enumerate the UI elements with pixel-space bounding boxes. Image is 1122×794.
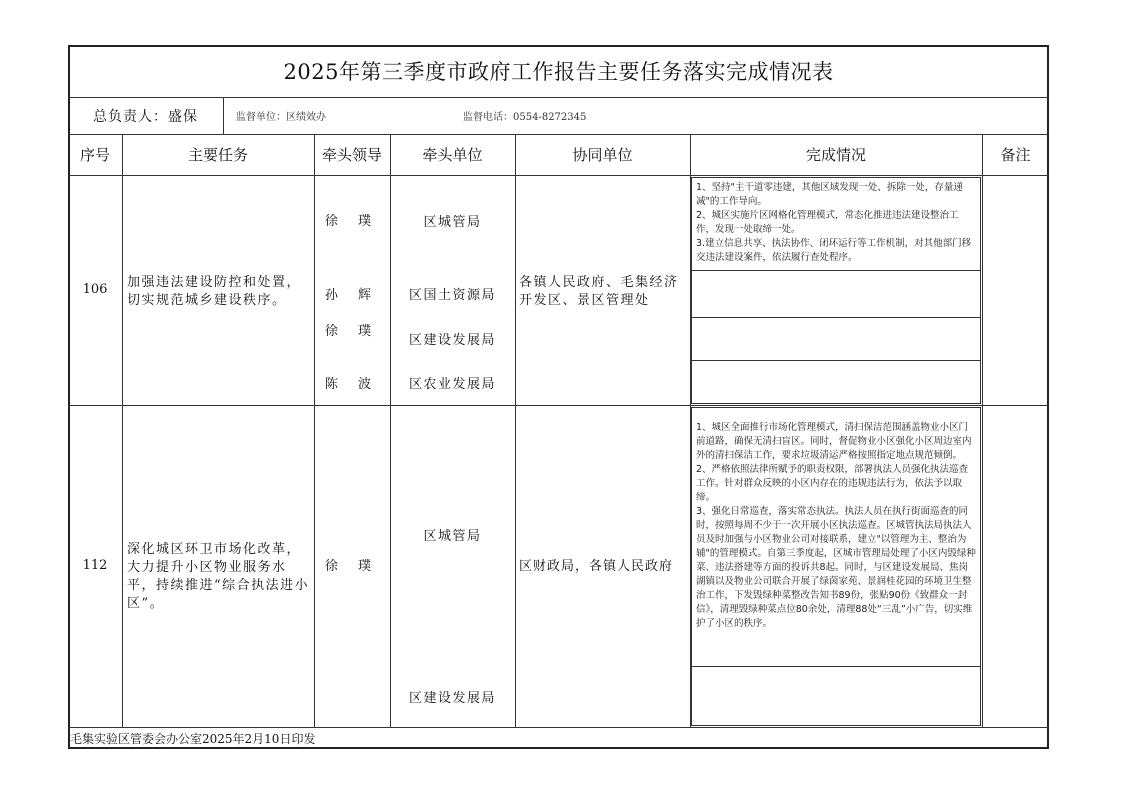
row-106-partners: 各镇人民政府、毛集经济开发区、景区管理处 <box>519 274 689 310</box>
completion-item: 1、坚持"主干道零违建，其他区域发现一处、拆除一处，存量递减"的工作导向。 <box>696 181 976 209</box>
row-106-no: 106 <box>68 175 122 405</box>
header-leader: 牵头领导 <box>314 134 390 175</box>
divider <box>68 405 1049 406</box>
completion-item: 2、城区实施片区网格化管理模式，常态化推进违法建设整治工作，发现一处取缔一处。 <box>696 209 976 237</box>
divider <box>122 134 123 727</box>
row-106-remarks <box>982 175 1049 405</box>
responsible-person: 总负责人：盛保 <box>68 97 223 134</box>
row-106-leader-2: 孙 辉 <box>314 287 390 305</box>
page-title: 2025年第三季度市政府工作报告主要任务落实完成情况表 <box>68 45 1049 97</box>
row-106-lead-unit-1: 区城管局 <box>390 214 515 232</box>
row-112-lead-unit-2: 区建设发展局 <box>390 690 515 708</box>
row-106-task: 加强违法建设防控和处置，切实规范城乡建设秩序。 <box>127 274 311 310</box>
issuer-footer: 毛集实验区管委会办公室2025年2月10日印发 <box>70 729 315 748</box>
row-106-completion-empty <box>691 360 981 404</box>
completion-item: 2、严格依照法律所赋予的职责权限，部署执法人员强化执法巡查工作。针对群众反映的小… <box>696 463 976 505</box>
header-task: 主要任务 <box>122 134 314 175</box>
divider <box>223 97 224 134</box>
supervisor-unit: 监督单位：区绩效办 <box>236 97 326 134</box>
row-112-partners: 区财政局，各镇人民政府 <box>519 558 689 576</box>
row-106-completion: 1、坚持"主干道零违建，其他区域发现一处、拆除一处，存量递减"的工作导向。 2、… <box>691 177 981 271</box>
row-112-no: 112 <box>68 405 122 727</box>
row-106-lead-unit-2: 区国土资源局 <box>390 287 515 305</box>
header-no: 序号 <box>68 134 122 175</box>
row-112-lead-unit-1: 区城管局 <box>390 528 515 546</box>
completion-item: 1、城区全面推行市场化管理模式，清扫保洁范围涵盖物业小区门前道路，确保无清扫盲区… <box>696 421 976 463</box>
row-112-leader-1: 徐 璞 <box>314 558 390 576</box>
row-106-leader-4: 陈 波 <box>314 376 390 394</box>
row-106-leader-3: 徐 璞 <box>314 323 390 341</box>
supervisor-phone: 监督电话：0554-8272345 <box>463 97 586 134</box>
row-112-completion-top <box>691 407 981 419</box>
header-remarks: 备注 <box>982 134 1049 175</box>
header-completion: 完成情况 <box>690 134 982 175</box>
row-106-completion-empty <box>691 317 981 361</box>
divider <box>68 727 1049 728</box>
row-106-lead-unit-3: 区建设发展局 <box>390 332 515 350</box>
divider <box>68 175 1049 176</box>
row-106-completion-empty <box>691 270 981 318</box>
row-106-leader-1: 徐 璞 <box>314 213 390 231</box>
header-partners: 协同单位 <box>515 134 690 175</box>
row-106-lead-unit-4: 区农业发展局 <box>390 376 515 394</box>
row-112-completion: 1、城区全面推行市场化管理模式，清扫保洁范围涵盖物业小区门前道路，确保无清扫盲区… <box>691 419 981 667</box>
header-lead-unit: 牵头单位 <box>390 134 515 175</box>
row-112-remarks <box>982 405 1049 727</box>
divider <box>515 134 516 727</box>
completion-item: 3.建立信息共享、执法协作、闭环运行等工作机制，对其他部门移交违法建设案件，依法… <box>696 237 976 265</box>
row-112-task: 深化城区环卫市场化改革，大力提升小区物业服务水平，持续推进“综合执法进小区”。 <box>127 541 311 613</box>
completion-item: 3、强化日常巡查，落实常态执法。执法人员在执行街面巡查的同时，按照每周不少于一次… <box>696 505 976 631</box>
row-112-completion-empty <box>691 666 981 726</box>
